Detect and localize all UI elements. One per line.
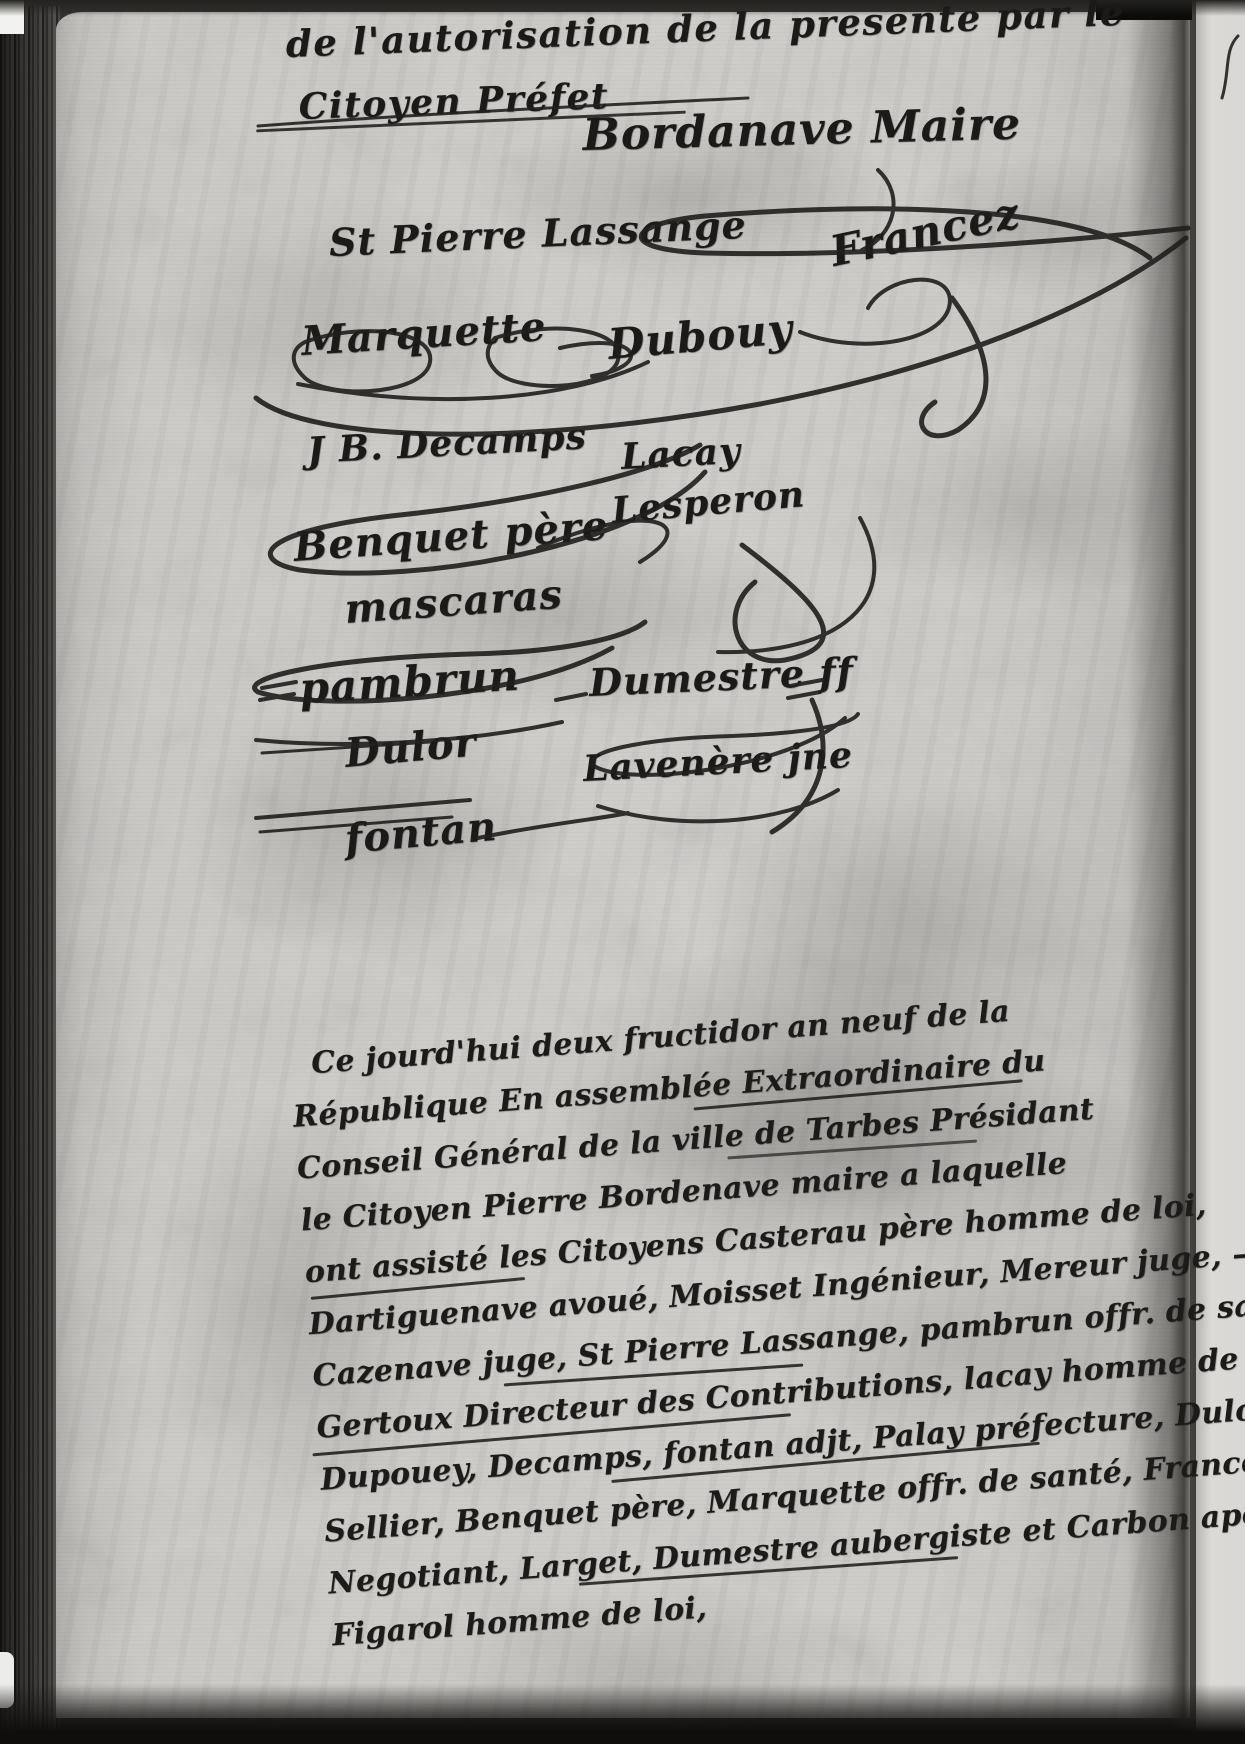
- signature-lacay: Lacay: [620, 430, 742, 478]
- scanned-register-page: de l'autorisation de la presente par le …: [0, 0, 1245, 1744]
- deliberation-paragraph: Ce jourd'hui deux fructidor an neuf de l…: [288, 987, 1152, 1671]
- bottom-edge-shadow: [0, 1684, 1245, 1744]
